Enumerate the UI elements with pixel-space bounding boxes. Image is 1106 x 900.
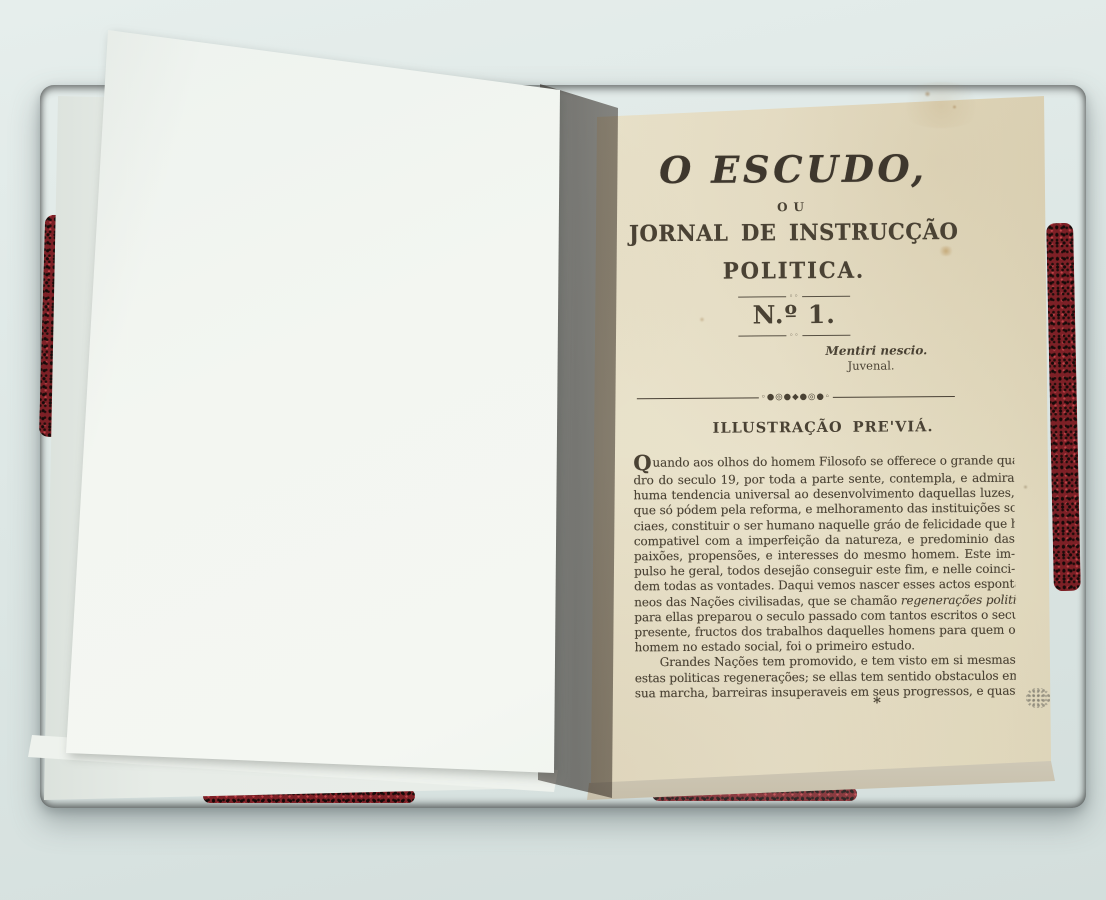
head-rule-bottom: ◦◦ [738,331,850,340]
section-heading: ILLUSTRAÇÃO PRE'VIÁ. [630,419,1016,438]
title-connector: OU [588,200,998,216]
title-page-content: O ESCUDO, OU JORNAL DE INSTRUCÇÃO POLITI… [0,0,1106,900]
paragraph: Quando aos olhos do homem Filosofo se of… [633,450,1015,656]
rule-ornament: ◦◦ [789,293,799,300]
ornamental-divider: ◦●◎●◆●◎●◦ [637,390,955,404]
body-text: Quando aos olhos do homem Filosofo se of… [633,450,1016,702]
body-line: sua marcha, barreiras insuperaveis em se… [635,683,1016,701]
journal-subtitle-line2: POLITICA. [592,258,996,286]
book-photograph: O ESCUDO, OU JORNAL DE INSTRUCÇÃO POLITI… [0,0,1106,900]
rule-ornament: ◦◦ [789,332,799,339]
issue-number: N.º 1. [589,300,999,331]
epigraph-attribution: Juvenal. [826,360,928,374]
body-line: Quando aos olhos do homem Filosofo se of… [633,450,1014,474]
journal-title: O ESCUDO, [588,148,998,192]
signature-mark: * [864,695,890,712]
drop-cap: Q [633,450,651,473]
body-line: presente, fructos dos trabalhos daquelle… [634,623,1015,641]
epigraph: Mentiri nescio. Juvenal. [825,344,927,373]
paragraph: Grandes Nações tem promovido, e tem vist… [635,653,1016,701]
journal-subtitle-line1: JORNAL DE INSTRUCÇÃO [592,220,996,248]
divider-ornament: ◦●◎●◆●◎●◦ [759,393,833,402]
epigraph-quote: Mentiri nescio. [825,344,927,358]
